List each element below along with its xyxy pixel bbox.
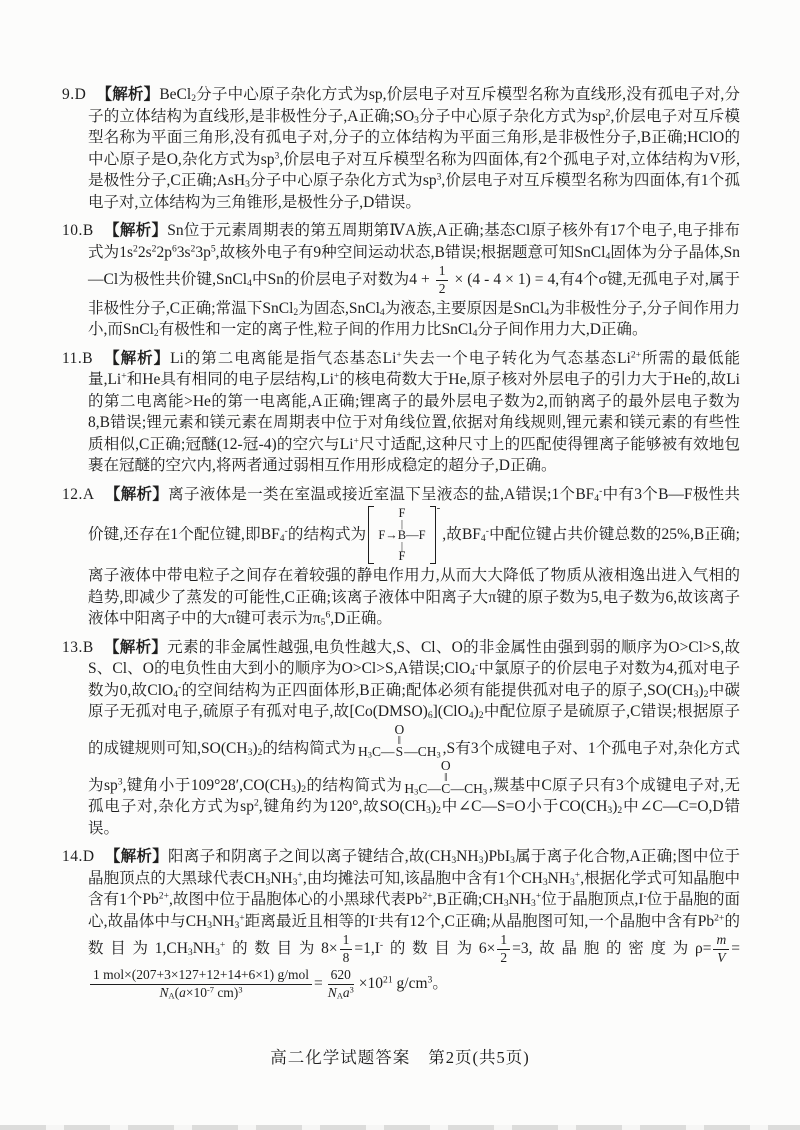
- analysis-label: 【解析】: [96, 86, 159, 103]
- analysis-label: 【解析】: [105, 486, 169, 503]
- methyl-group-right: —CH3: [451, 782, 487, 796]
- exam-answer-page: 9.D【解析】BeCl2分子中心原子杂化方式为sp,价层电子对互斥模型名称为直线…: [0, 0, 800, 1130]
- explanation-text: BeCl2分子中心原子杂化方式为sp,价层电子对互斥模型名称为直线形,没有孤电子…: [88, 86, 740, 211]
- analysis-label: 【解析】: [104, 639, 167, 656]
- dmso-structure-formula: H3C— O ‖ S —CH3: [358, 723, 441, 759]
- sulfinyl-group: O ‖ S: [394, 723, 404, 759]
- question-number-and-answer: 10.B: [62, 222, 94, 239]
- question-number-and-answer: 14.D: [62, 848, 95, 865]
- question-11: 11.B【解析】Li的第二电离能是指气态基态Li+失去一个电子转化为气态基态Li…: [62, 348, 740, 477]
- methyl-group-right: —CH3: [404, 745, 440, 759]
- question-10: 10.B【解析】Sn位于元素周期表的第五周期第ⅣA族,A正确;基态Cl原子核外有…: [62, 220, 740, 341]
- question-14: 14.D【解析】阳离子和阴离子之间以离子键结合,故(CH3NH3)PbI3属于离…: [62, 846, 740, 1002]
- answer-explanations: 9.D【解析】BeCl2分子中心原子杂化方式为sp,价层电子对互斥模型名称为直线…: [62, 84, 740, 1009]
- footer-page-number: 第2页(共5页): [428, 1048, 530, 1067]
- methyl-group-left: H3C—: [404, 782, 440, 796]
- question-number-and-answer: 12.A: [62, 486, 95, 503]
- question-9: 9.D【解析】BeCl2分子中心原子杂化方式为sp,价层电子对互斥模型名称为直线…: [62, 84, 740, 213]
- analysis-label: 【解析】: [105, 848, 168, 865]
- atom-label: F: [398, 550, 405, 563]
- methyl-group-left: H3C—: [358, 745, 394, 759]
- acetone-structure-formula: H3C— O ‖ C —CH3: [404, 759, 487, 795]
- carbon-atom: C: [441, 782, 450, 796]
- question-number-and-answer: 13.B: [62, 639, 94, 656]
- right-bracket: [430, 506, 436, 564]
- analysis-label: 【解析】: [103, 350, 170, 367]
- sulfur-atom: S: [396, 745, 404, 759]
- bf4-structure-formula: F | F→B—F | F -: [368, 506, 440, 564]
- question-13: 13.B【解析】元素的非金属性越强,电负性越大,S、Cl、O的非金属性由强到弱的…: [62, 637, 740, 839]
- page-footer: 高二化学试题答案第2页(共5页): [0, 1044, 800, 1068]
- explanation-text: 阳离子和阴离子之间以离子键结合,故(CH3NH3)PbI3属于离子化合物,A正确…: [88, 848, 740, 992]
- bf4-atoms: F | F→B—F | F: [374, 506, 429, 564]
- question-number-and-answer: 9.D: [62, 86, 86, 103]
- explanation-text: 元素的非金属性越强,电负性越大,S、Cl、O的非金属性由强到弱的顺序为O>Cl>…: [88, 639, 740, 837]
- analysis-label: 【解析】: [104, 222, 168, 239]
- question-12: 12.A【解析】离子液体是一类在室温或接近室温下呈液态的盐,A错误;1个BF4-…: [62, 484, 740, 630]
- footer-document-title: 高二化学试题答案: [270, 1048, 410, 1067]
- explanation-text: Li的第二电离能是指气态基态Li+失去一个电子转化为气态基态Li2+所需的最低能…: [88, 350, 740, 475]
- question-number-and-answer: 11.B: [62, 350, 93, 367]
- carbonyl-group: O ‖ C: [441, 759, 451, 795]
- scan-edge-artifact: [0, 1125, 800, 1130]
- explanation-text: Sn位于元素周期表的第五周期第ⅣA族,A正确;基态Cl原子核外有17个电子,电子…: [88, 222, 740, 338]
- charge-superscript: -: [436, 503, 441, 515]
- explanation-text: 离子液体是一类在室温或接近室温下呈液态的盐,A错误;1个BF4-中有3个B—F极…: [88, 486, 740, 627]
